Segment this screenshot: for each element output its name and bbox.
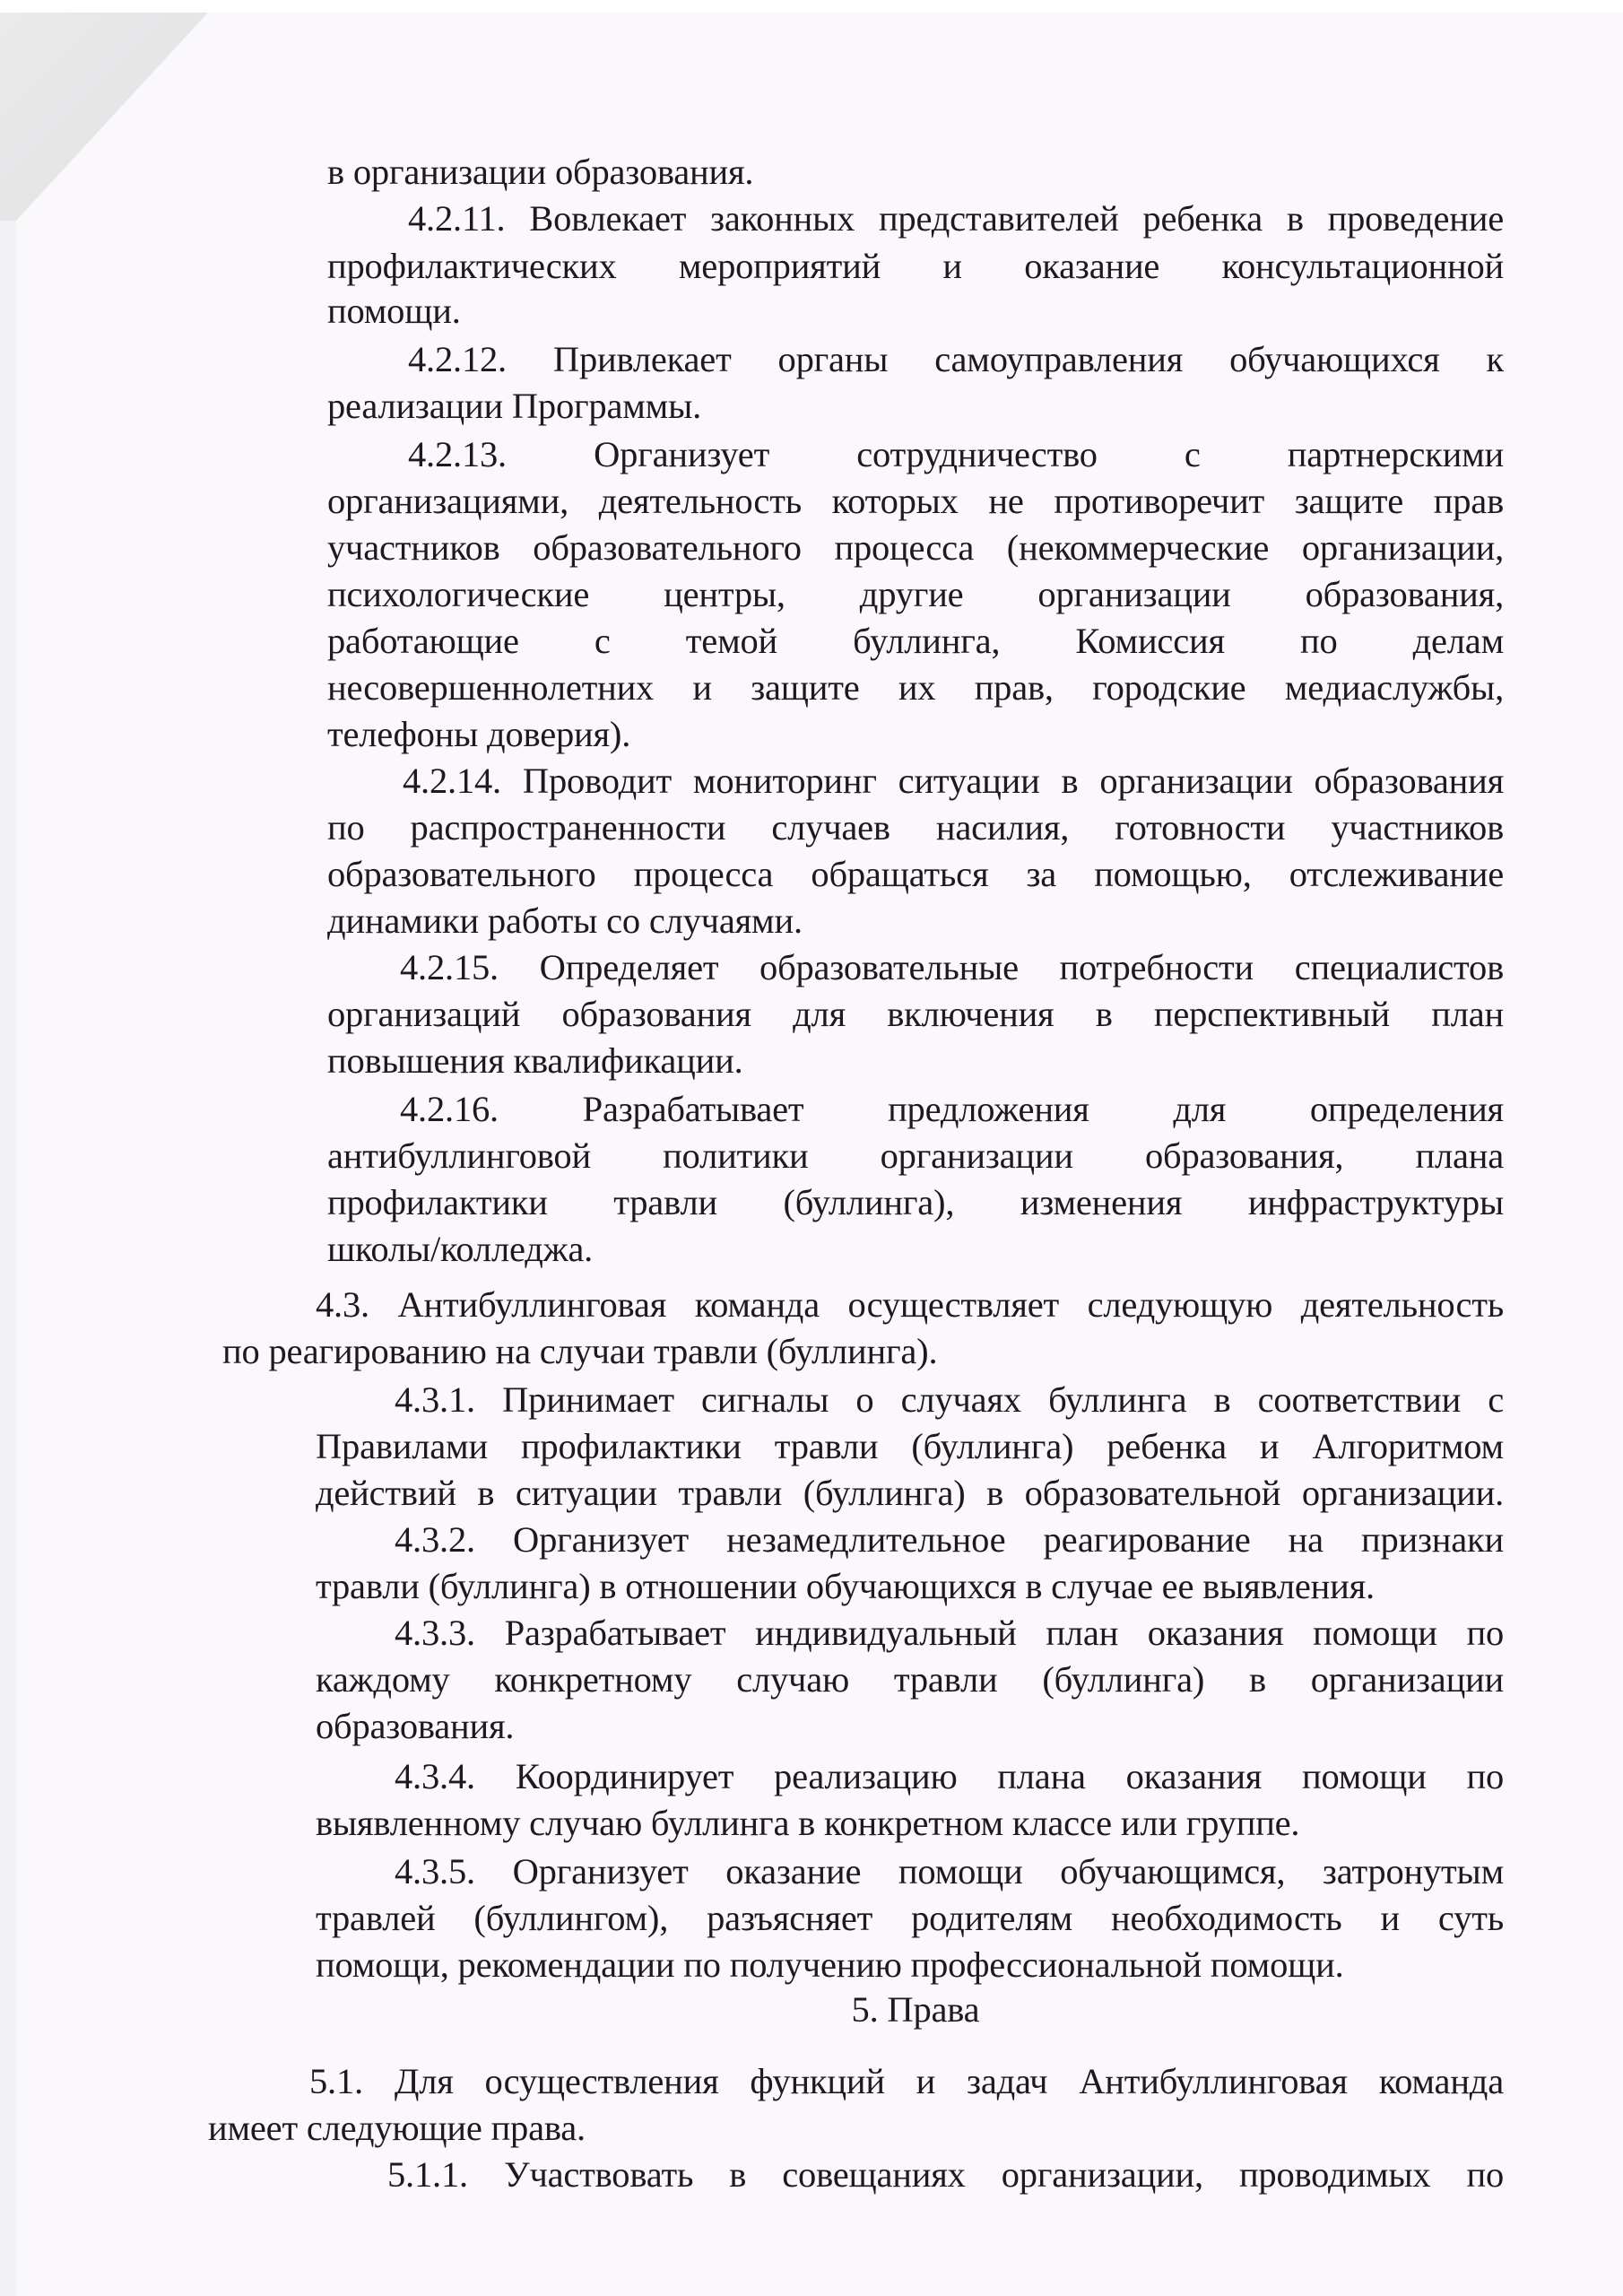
text-line: выявленному случаю буллинга в конкретном… — [316, 1801, 1299, 1846]
text-line: 4.3.3. Разрабатывает индивидуальный план… — [395, 1611, 1504, 1656]
text-line: по реагированию на случаи травли (буллин… — [222, 1329, 937, 1374]
text-line: в организации образования. — [327, 150, 753, 195]
text-line: помощи, рекомендации по получению профес… — [316, 1943, 1344, 1987]
text-line: образовательного процесса обращаться за … — [327, 852, 1504, 897]
text-line: 4.2.16. Разрабатывает предложения для оп… — [400, 1087, 1504, 1132]
text-line: образования. — [316, 1704, 514, 1749]
text-line: организациями, деятельность которых не п… — [327, 479, 1504, 524]
text-line: школы/колледжа. — [327, 1227, 593, 1272]
text-line: 4.3.2. Организует незамедлительное реаги… — [395, 1518, 1504, 1562]
text-line: действий в ситуации травли (буллинга) в … — [316, 1471, 1504, 1516]
text-line: помощи. — [327, 289, 461, 334]
text-line: телефоны доверия). — [327, 712, 630, 757]
text-line: каждому конкретному случаю травли (булли… — [316, 1657, 1504, 1702]
text-line: 5.1.1. Участвовать в совещаниях организа… — [387, 2152, 1504, 2197]
text-line: 5.1. Для осуществления функций и задач А… — [309, 2059, 1504, 2104]
text-line: травлей (буллингом), разъясняет родителя… — [316, 1896, 1504, 1941]
text-line: антибуллинговой политики организации обр… — [327, 1134, 1504, 1178]
text-line: 4.3.5. Организует оказание помощи обучаю… — [395, 1849, 1504, 1894]
text-line: травли (буллинга) в отношении обучающихс… — [316, 1564, 1375, 1609]
text-line: 4.3.4. Координирует реализацию плана ока… — [395, 1754, 1504, 1799]
text-line: 4.3.1. Принимает сигналы о случаях булли… — [395, 1378, 1504, 1422]
text-line: профилактических мероприятий и оказание … — [327, 244, 1504, 289]
text-line: повышения квалификации. — [327, 1039, 743, 1083]
text-line: профилактики травли (буллинга), изменени… — [327, 1180, 1504, 1225]
text-line: несовершеннолетних и защите их прав, гор… — [327, 665, 1504, 710]
text-line: психологические центры, другие организац… — [327, 572, 1504, 617]
text-line: динамики работы со случаями. — [327, 899, 803, 944]
text-line: 4.2.14. Проводит мониторинг ситуации в о… — [403, 759, 1504, 804]
text-line: 4.2.11. Вовлекает законных представителе… — [408, 196, 1504, 241]
text-line: 4.2.15. Определяет образовательные потре… — [400, 945, 1504, 990]
scan-top-margin — [0, 0, 1623, 13]
text-line: по распространенности случаев насилия, г… — [327, 805, 1504, 850]
text-line: 4.2.12. Привлекает органы самоуправления… — [408, 337, 1504, 382]
text-line: реализации Программы. — [327, 384, 701, 429]
text-line: организаций образования для включения в … — [327, 992, 1504, 1037]
text-line: участников образовательного процесса (не… — [327, 526, 1504, 570]
section-title: 5. Права — [327, 1987, 1504, 2032]
text-line: работающие с темой буллинга, Комиссия по… — [327, 619, 1504, 664]
text-line: 4.2.13. Организует сотрудничество с парт… — [408, 432, 1504, 477]
text-line: имеет следующие права. — [208, 2106, 586, 2151]
text-line: Правилами профилактики травли (буллинга)… — [316, 1424, 1504, 1469]
text-line: 4.3. Антибуллинговая команда осуществляе… — [316, 1283, 1504, 1327]
